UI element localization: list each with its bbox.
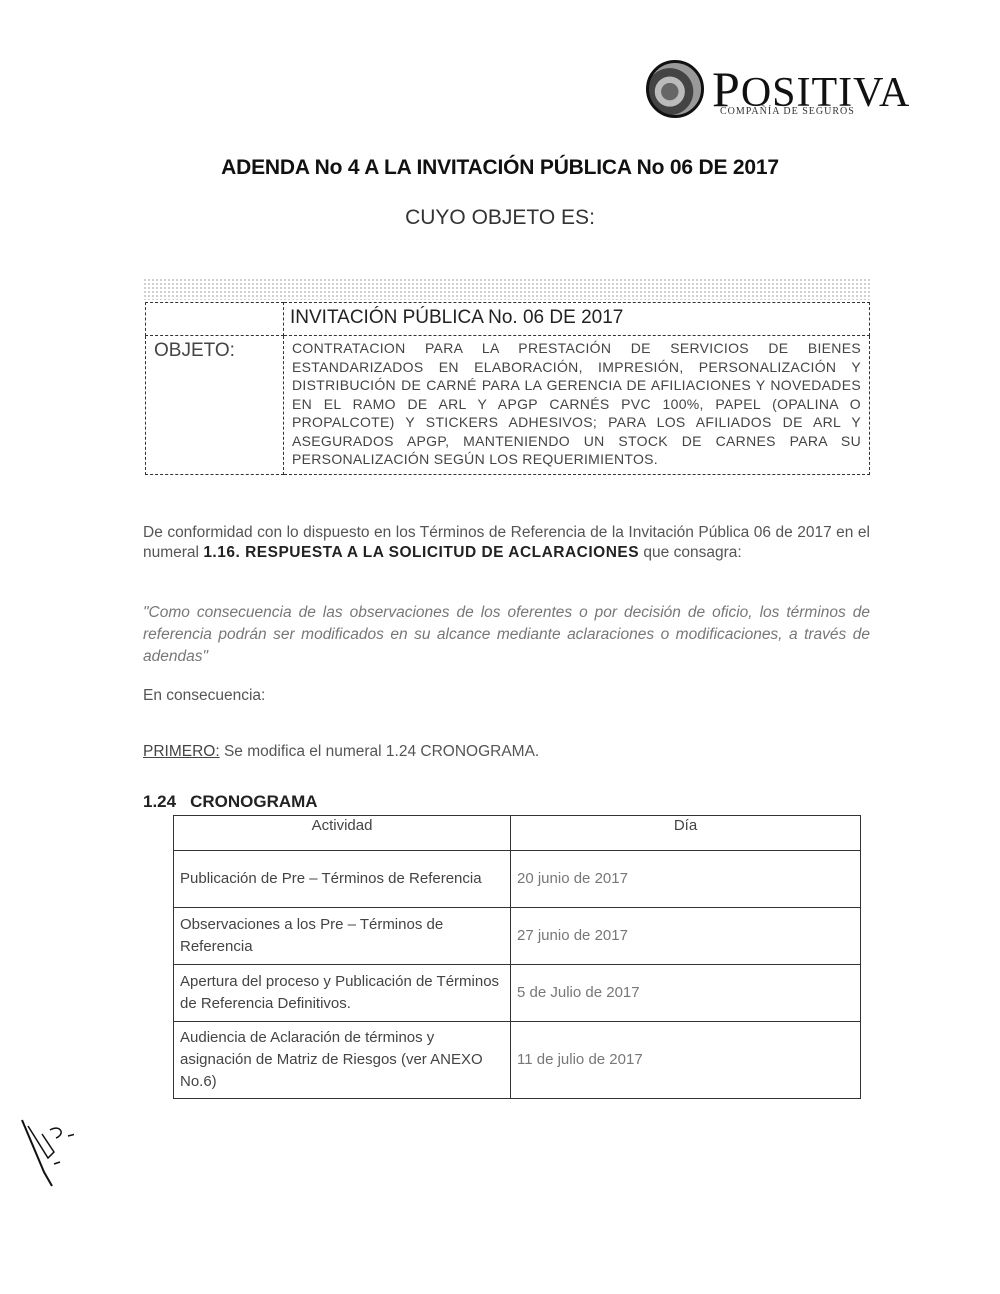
table-row: Publicación de Pre – Términos de Referen… (174, 851, 861, 908)
section-heading: 1.24CRONOGRAMA (143, 792, 318, 812)
section-title: CRONOGRAMA (190, 792, 318, 811)
table-row: Observaciones a los Pre – Términos de Re… (174, 908, 861, 965)
activity-cell: Observaciones a los Pre – Términos de Re… (174, 908, 511, 965)
first-modification: PRIMERO: Se modifica el numeral 1.24 CRO… (143, 742, 870, 762)
activity-cell: Audiencia de Aclaración de términos y as… (174, 1022, 511, 1099)
date-cell: 20 junio de 2017 (511, 851, 861, 908)
table-row: Apertura del proceso y Publicación de Té… (174, 965, 861, 1022)
column-header-activity: Actividad (174, 816, 511, 851)
document-subtitle: CUYO OBJETO ES: (0, 206, 1000, 230)
first-label: PRIMERO: (143, 743, 220, 760)
date-cell: 5 de Julio de 2017 (511, 965, 861, 1022)
object-table: INVITACIÓN PÚBLICA No. 06 DE 2017 OBJETO… (145, 302, 870, 475)
intro-paragraph: De conformidad con lo dispuesto en los T… (143, 523, 870, 563)
scan-noise-band (143, 278, 870, 300)
first-text: Se modifica el numeral 1.24 CRONOGRAMA. (220, 743, 540, 760)
object-description: CONTRATACION PARA LA PRESTACIÓN DE SERVI… (284, 336, 870, 475)
date-cell: 27 junio de 2017 (511, 908, 861, 965)
object-table-empty-cell (146, 303, 284, 336)
quoted-clause: "Como consecuencia de las observaciones … (143, 602, 870, 668)
handwritten-signature-icon (14, 1112, 74, 1192)
date-cell: 11 de julio de 2017 (511, 1022, 861, 1099)
schedule-header-row: Actividad Día (174, 816, 861, 851)
brand-tagline: COMPAÑÍA DE SEGUROS (720, 106, 855, 117)
column-header-day: Día (511, 816, 861, 851)
activity-cell: Apertura del proceso y Publicación de Té… (174, 965, 511, 1022)
intro-bold-reference: 1.16. RESPUESTA A LA SOLICITUD DE ACLARA… (203, 544, 639, 561)
invitation-heading: INVITACIÓN PÚBLICA No. 06 DE 2017 (284, 303, 870, 336)
section-number: 1.24 (143, 792, 176, 811)
intro-text-end: que consagra: (639, 544, 742, 561)
table-row: Audiencia de Aclaración de términos y as… (174, 1022, 861, 1099)
document-title: ADENDA No 4 A LA INVITACIÓN PÚBLICA No 0… (0, 156, 1000, 180)
consequence-text: En consecuencia: (143, 686, 870, 706)
globe-logo-icon (646, 60, 704, 118)
object-table-body-row: OBJETO: CONTRATACION PARA LA PRESTACIÓN … (146, 336, 870, 475)
company-logo: POSITIVA COMPAÑÍA DE SEGUROS (640, 58, 880, 128)
activity-cell: Publicación de Pre – Términos de Referen… (174, 851, 511, 908)
object-label: OBJETO: (146, 336, 284, 475)
object-table-header-row: INVITACIÓN PÚBLICA No. 06 DE 2017 (146, 303, 870, 336)
schedule-table: Actividad Día Publicación de Pre – Térmi… (173, 815, 861, 1099)
